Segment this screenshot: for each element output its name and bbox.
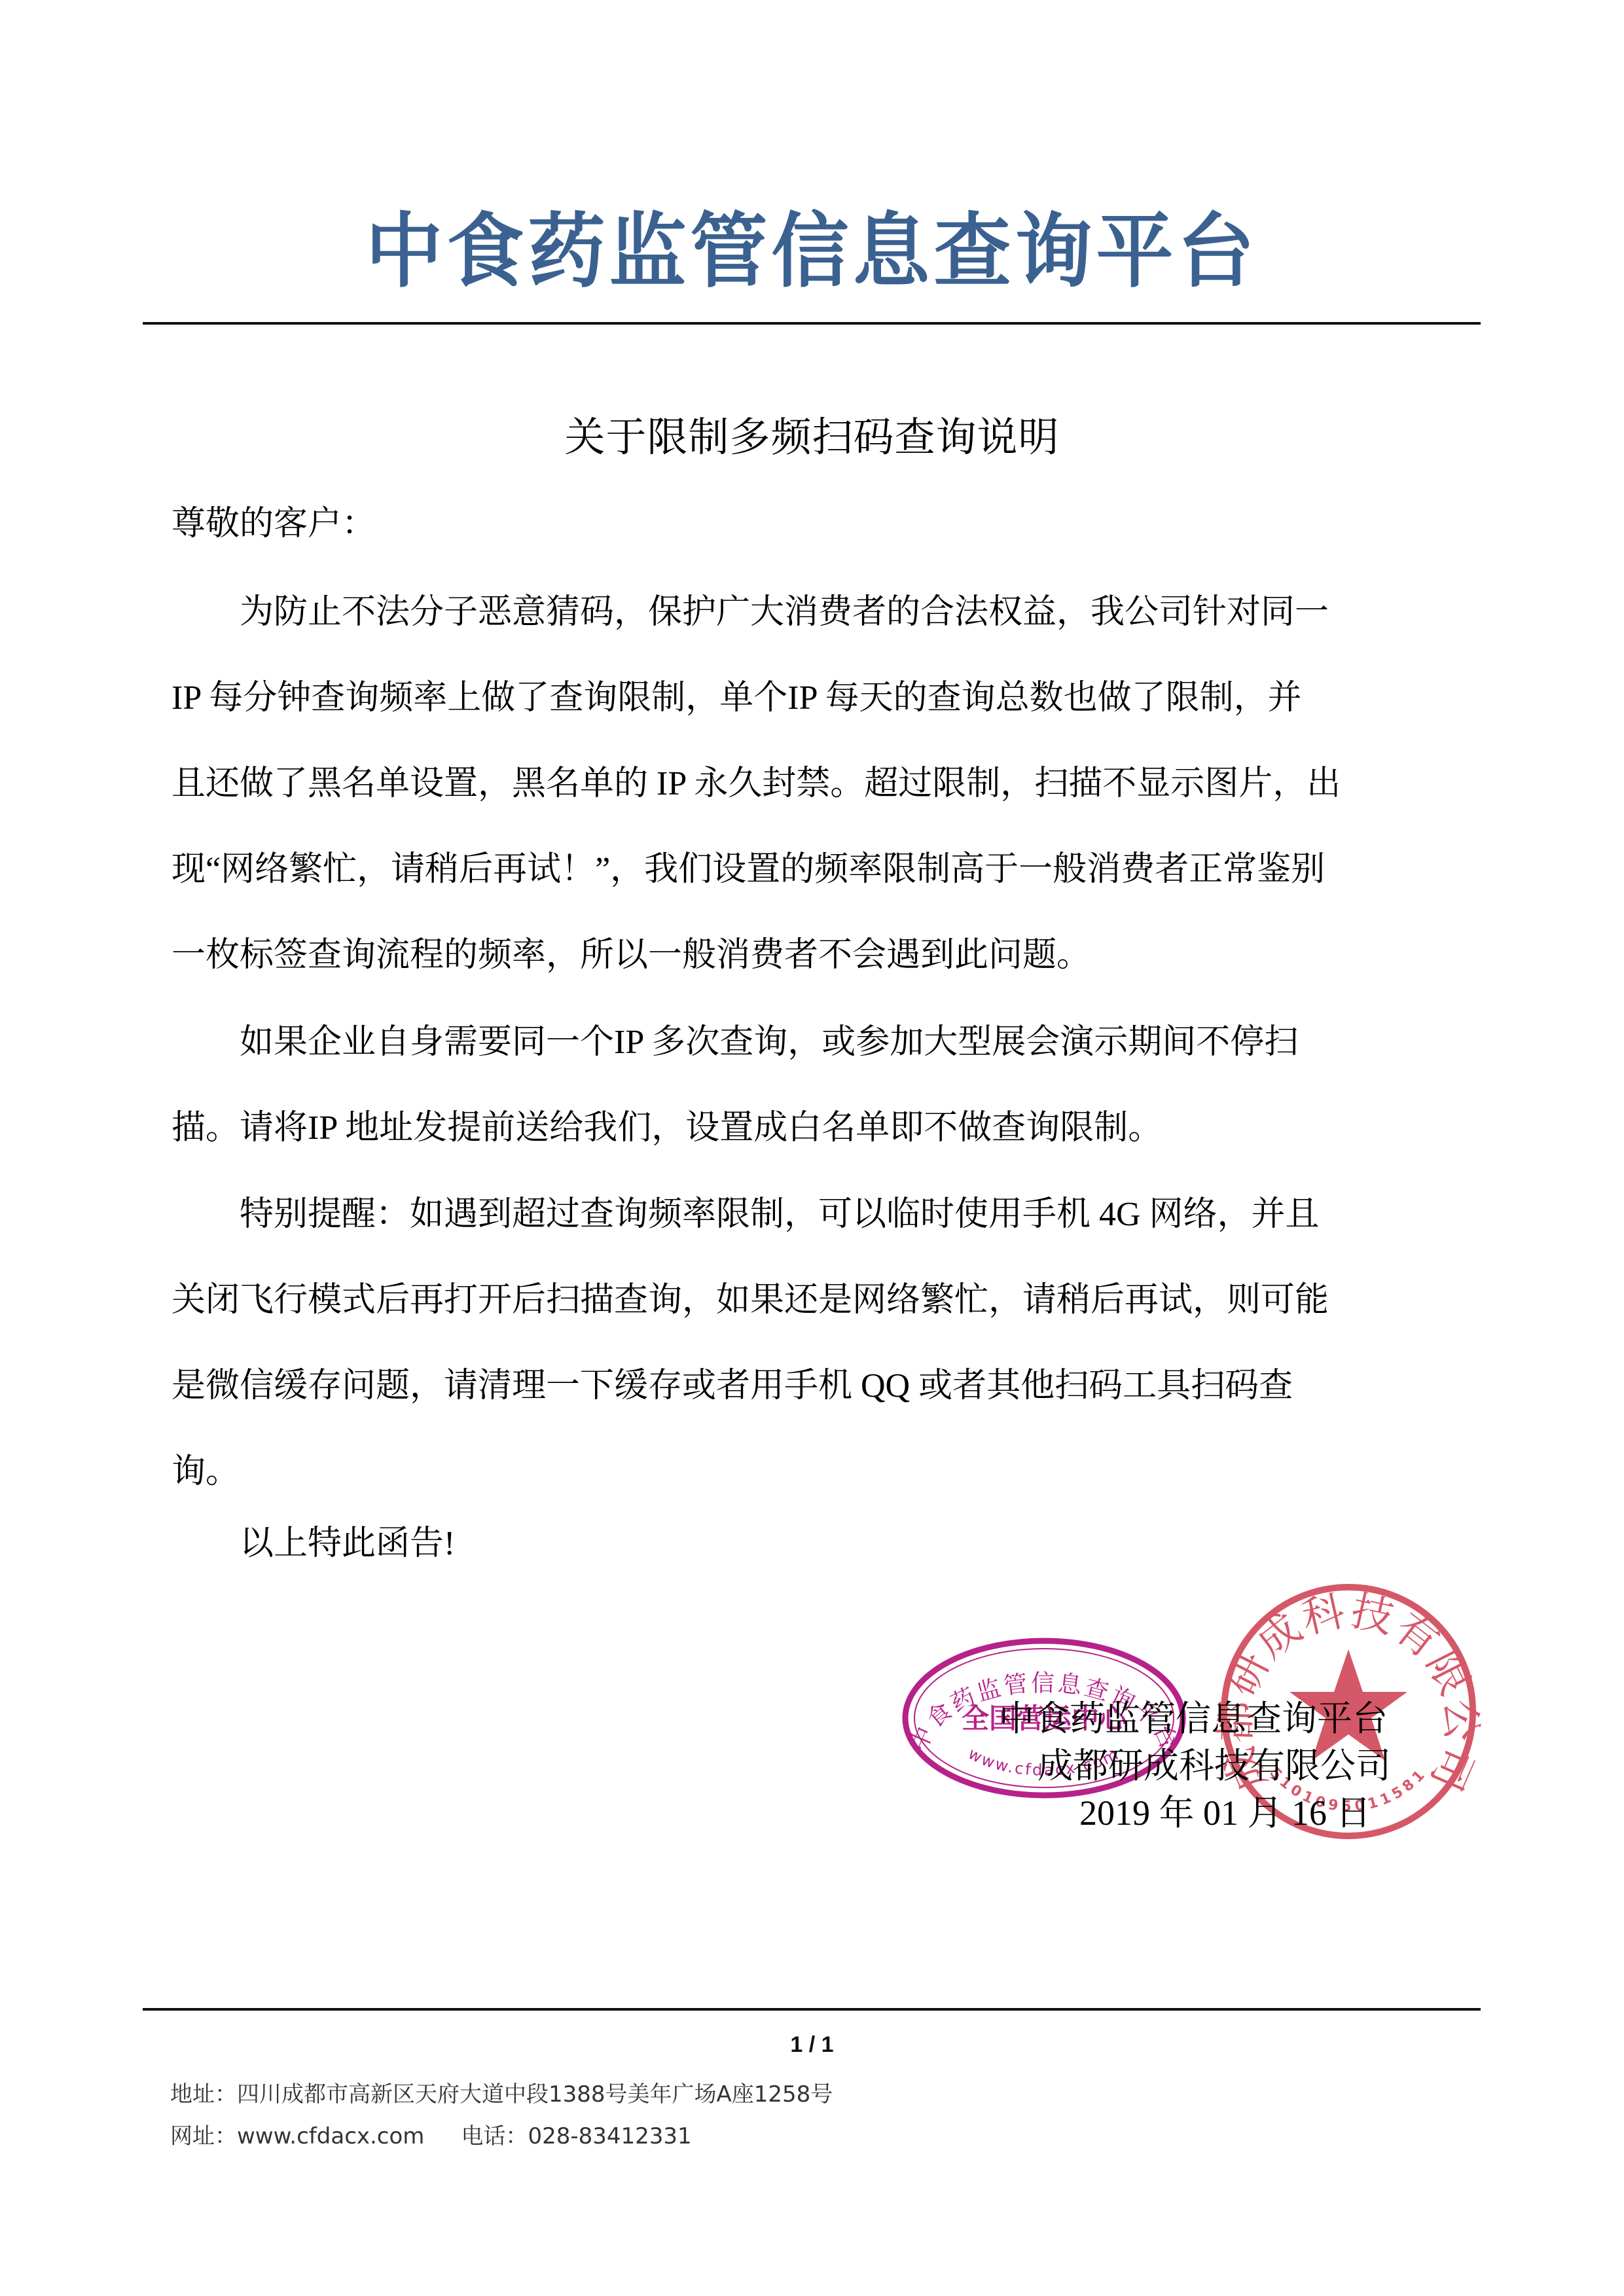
phone-label: 电话：	[461, 2123, 528, 2149]
header-divider	[143, 322, 1481, 325]
paragraph-line: 特别提醒：如遇到超过查询频率限制，可以临时使用手机 4G 网络，并且	[171, 1172, 1454, 1257]
address-label: 地址：	[170, 2081, 237, 2108]
footer-divider	[143, 2008, 1481, 2011]
paragraph-2: 如果企业自身需要同一个IP 多次查询，或参加大型展会演示期间不停扫 描。请将IP…	[171, 999, 1454, 1171]
header-logo-text: 中食药监管信息查询平台	[0, 186, 1624, 303]
paragraph-line: 如果企业自身需要同一个IP 多次查询，或参加大型展会演示期间不停扫	[171, 999, 1454, 1085]
paragraph-line: 一枚标签查询流程的频率，所以一般消费者不会遇到此问题。	[171, 912, 1454, 998]
phone-value: 028-83412331	[528, 2123, 691, 2149]
footer-contact: 网址：www.cfdacx.com电话：028-83412331	[170, 2118, 692, 2150]
footer-address: 地址：四川成都市高新区天府大道中段1388号美年广场A座1258号	[170, 2076, 833, 2108]
signature-company: 成都研成科技有限公司	[1038, 1738, 1391, 1788]
paragraph-line: 是微信缓存问题，请清理一下缓存或者用手机 QQ 或者其他扫码工具扫码查	[171, 1343, 1454, 1429]
paragraph-line: IP 每分钟查询频率上做了查询限制，单个IP 每天的查询总数也做了限制，并	[171, 655, 1454, 741]
paragraph-3: 特别提醒：如遇到超过查询频率限制，可以临时使用手机 4G 网络，并且 关闭飞行模…	[171, 1172, 1454, 1515]
document-page: 中食药监管信息查询平台 关于限制多频扫码查询说明 尊敬的客户： 为防止不法分子恶…	[0, 0, 1624, 2296]
paragraph-line: 描。请将IP 地址发提前送给我们，设置成白名单即不做查询限制。	[171, 1085, 1454, 1171]
website-label: 网址：	[170, 2123, 237, 2149]
signature-org: 中食药监管信息查询平台	[999, 1691, 1388, 1741]
paragraph-line: 且还做了黑名单设置，黑名单的 IP 永久封禁。超过限制，扫描不显示图片，出	[171, 741, 1454, 827]
paragraph-line: 询。	[171, 1429, 1454, 1515]
paragraph-1: 为防止不法分子恶意猜码，保护广大消费者的合法权益，我公司针对同一 IP 每分钟查…	[171, 569, 1454, 998]
address-value: 四川成都市高新区天府大道中段1388号美年广场A座1258号	[237, 2081, 833, 2108]
page-number: 1 / 1	[0, 2032, 1624, 2058]
paragraph-line: 关闭飞行模式后再打开后扫描查询，如果还是网络繁忙，请稍后再试，则可能	[171, 1257, 1454, 1343]
salutation: 尊敬的客户：	[171, 495, 376, 545]
document-title: 关于限制多频扫码查询说明	[0, 404, 1624, 463]
signature-date: 2019 年 01 月 16 日	[1079, 1785, 1371, 1835]
closing-remark: 以上特此函告!	[240, 1515, 455, 1564]
paragraph-line: 现“网络繁忙，请稍后再试！”，我们设置的频率限制高于一般消费者正常鉴别	[171, 827, 1454, 912]
paragraph-line: 为防止不法分子恶意猜码，保护广大消费者的合法权益，我公司针对同一	[171, 569, 1454, 655]
website-link[interactable]: www.cfdacx.com	[237, 2123, 424, 2149]
